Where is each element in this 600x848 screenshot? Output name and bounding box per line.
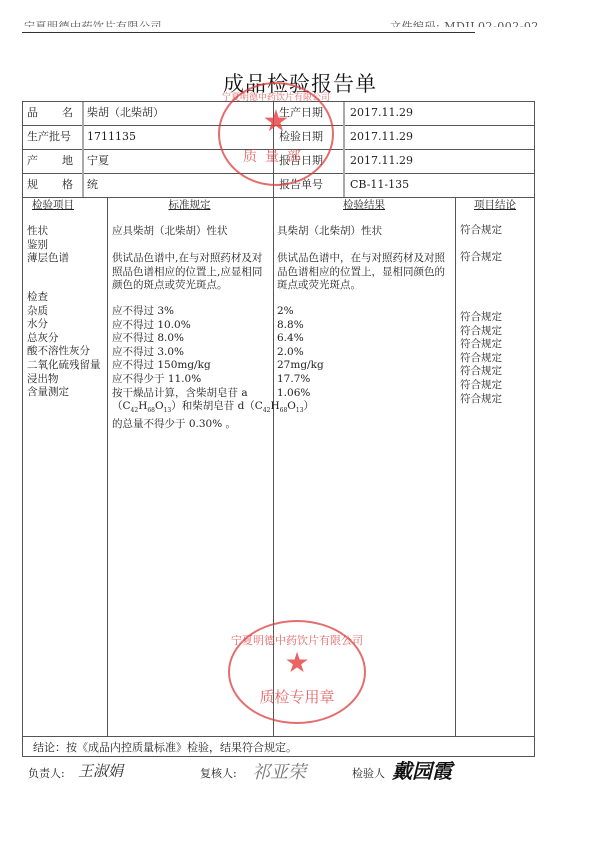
overall-conclusion: 结论：按《成品内控质量标准》检验，结果符合规定。 <box>33 739 297 755</box>
inspector-signature: 戴园霞 <box>392 755 452 784</box>
standard-traits: 应具柴胡（北柴胡）性状 <box>112 225 228 239</box>
label-batch: 生产批号 <box>27 125 71 149</box>
standard-assay-line3: 的总量不得少于 0.30% 。 <box>112 418 314 432</box>
spec: 统 <box>87 173 98 197</box>
label-spec: 规格 <box>27 173 73 197</box>
result-tlc: 供试品色谱中，在与对照药材及对照 品色谱相应的位置上，显相同颜色的 斑点或荧光斑… <box>277 252 445 293</box>
report-date: 2017.11.29 <box>350 149 413 173</box>
inspector-label: 检验人 <box>352 765 385 781</box>
label-origin: 产地 <box>27 149 73 173</box>
header-rule <box>22 32 475 33</box>
col-header-item: 检验项目 <box>23 197 83 213</box>
label-product-name: 品名 <box>27 101 73 125</box>
star-icon: ★ <box>230 646 364 679</box>
items-check: 检查 杂质 水分 总灰分 酸不溶性灰分 二氧化硫残留量 浸出物 含量测定 <box>27 291 101 400</box>
col-header-conclusion: 项目结论 <box>455 197 535 213</box>
quality-dept-stamp: 宁夏明德中药饮片有限公司 ★ 质量部 <box>218 82 334 186</box>
result-traits: 具柴胡（北柴胡）性状 <box>277 225 382 239</box>
inspection-date: 2017.11.29 <box>350 125 413 149</box>
results-check: 2% 8.8% 6.4% 2.0% 27mg/kg 17.7% 1.06% <box>277 305 324 400</box>
items-top: 性状 鉴别 薄层色谱 <box>27 225 69 266</box>
quality-inspection-stamp: 宁夏明德中药饮片有限公司 ★ 质检专用章 <box>228 620 366 724</box>
conclusions-check: 符合规定 符合规定 符合规定 符合规定 符合规定 符合规定 符合规定 <box>460 311 502 406</box>
responsible-signature: 王淑娟 <box>78 760 123 781</box>
reviewer-label: 复核人: <box>200 765 237 781</box>
file-code: 文件编码: MDJL02-002-02 <box>390 19 539 27</box>
batch-number: 1711135 <box>87 125 136 149</box>
reviewer-signature: 祁亚荣 <box>252 758 306 784</box>
col-header-result: 检验结果 <box>273 197 455 213</box>
responsible-label: 负责人: <box>28 765 65 781</box>
conclusion-traits: 符合规定 <box>460 224 502 238</box>
production-date: 2017.11.29 <box>350 101 413 125</box>
product-name: 柴胡（北柴胡） <box>87 101 164 125</box>
conclusion-tlc: 符合规定 <box>460 251 502 265</box>
report-number: CB-11-135 <box>350 173 409 197</box>
origin: 宁夏 <box>87 149 109 173</box>
col-header-standard: 标准规定 <box>107 197 272 213</box>
standard-tlc: 供试品色谱中,在与对照药材及对 照品色谱相应的位置上,应显相同 颜色的斑点或荧光… <box>112 252 262 293</box>
star-icon: ★ <box>220 104 332 139</box>
standard-assay-line2: （C42H68O13）和柴胡皂苷 d（C42H68O13） <box>112 400 314 418</box>
company-header: 宁夏明德中药饮片有限公司 <box>24 19 162 27</box>
